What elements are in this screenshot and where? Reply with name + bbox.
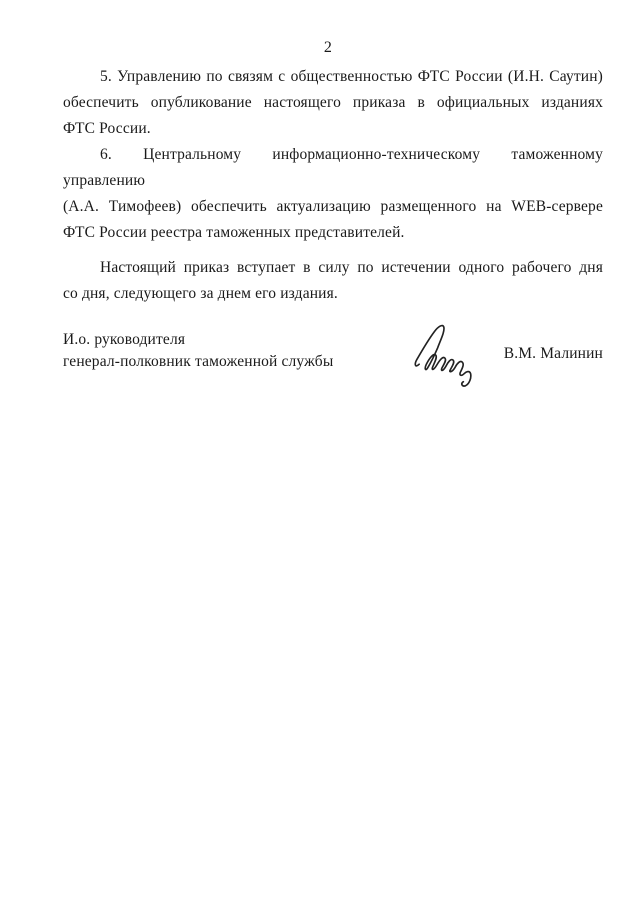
paragraph-line: Настоящий приказ вступает в силу по исте… <box>63 255 603 281</box>
signature-block: И.о. руководителя генерал-полковник тамо… <box>63 329 603 409</box>
paragraph-entry-into-force: Настоящий приказ вступает в силу по исте… <box>63 255 603 307</box>
signer-name: В.М. Малинин <box>504 345 603 363</box>
paragraph-item-5: 5. Управлению по связям с общественность… <box>63 64 603 142</box>
paragraph-line: 5. Управлению по связям с общественность… <box>63 64 603 90</box>
paragraph-item-6: 6. Центральному информационно-техническо… <box>63 142 603 246</box>
paragraph-line: обеспечить опубликование настоящего прик… <box>63 90 603 116</box>
paragraph-line: ФТС России реестра таможенных представит… <box>63 220 603 246</box>
paragraph-line: ФТС России. <box>63 116 603 142</box>
signer-role-line1: И.о. руководителя <box>63 329 333 351</box>
handwritten-signature-icon <box>413 323 487 389</box>
scanned-document-page: 2 5. Управлению по связям с общественнос… <box>0 0 640 905</box>
blank-page-area <box>0 420 640 905</box>
paragraph-line: 6. Центральному информационно-техническо… <box>63 142 603 194</box>
paragraph-line: со дня, следующего за днем его издания. <box>63 281 603 307</box>
page-number: 2 <box>0 39 640 57</box>
paragraph-line: (А.А. Тимофеев) обеспечить актуализацию … <box>63 194 603 220</box>
signer-role-line2: генерал-полковник таможенной службы <box>63 351 333 373</box>
signer-role: И.о. руководителя генерал-полковник тамо… <box>63 329 333 373</box>
document-body: 5. Управлению по связям с общественность… <box>63 64 603 307</box>
